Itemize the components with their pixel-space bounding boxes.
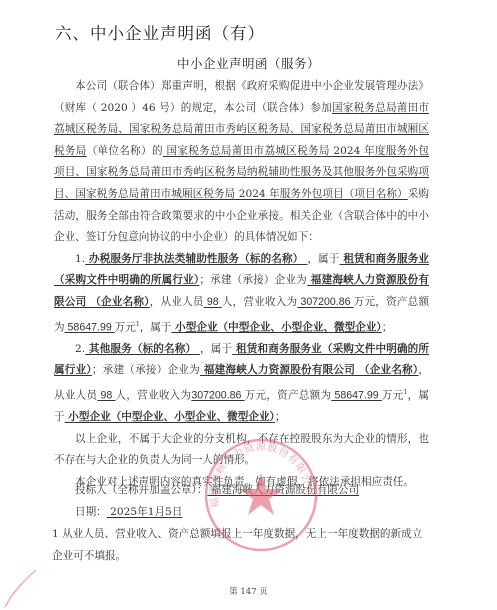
- date-line: 日期： 2025年1月5日: [75, 504, 182, 519]
- enterprise-item-2: 2. 其他服务（标的名称） ，属于 租赁和商务服务业（采购文件中明确的所属行业）…: [54, 339, 429, 429]
- item-index: 2.: [75, 343, 85, 355]
- item-index: 1.: [75, 253, 85, 265]
- label: 万元，资产总额为: [245, 389, 332, 401]
- label: 万元: [382, 389, 404, 401]
- units-label: （单位名称）的: [87, 145, 163, 157]
- intro-paragraph: 本公司（联合体）郑重声明，根据《政府采购促进中小企业发展管理办法》（财库（ 20…: [54, 76, 429, 249]
- item-staff: 98: [97, 389, 115, 401]
- item-staff: 98: [204, 296, 222, 308]
- label: ，属于: [140, 321, 172, 333]
- label: ；承建（承接）企业为: [92, 364, 200, 376]
- date-label: 日期：: [75, 506, 107, 518]
- label: ，属于: [200, 343, 232, 355]
- statement-not-large-enterprise: 以上企业，不属于大企业的分支机构，不存在控股股东为大企业的情形，也不存在与大企业…: [54, 429, 429, 472]
- label: ；: [382, 321, 393, 333]
- signature-label: 投标人（全称并加盖公章）：: [75, 484, 207, 496]
- document-page: 六、中小企业声明函（有） 中小企业声明函（服务） 本公司（联合体）郑重声明，根据…: [0, 0, 497, 610]
- label: 万元: [115, 321, 136, 333]
- label: ；承建（承接）企业为: [199, 274, 307, 286]
- label: 人，营业收入为: [116, 389, 192, 401]
- bidder-signature: 投标人（全称并加盖公章）： 福建海峡人力资源股份有限公司: [75, 482, 359, 497]
- enterprise-item-1: 1. 办税服务厅非执法类辅助性服务（标的名称） ，属于 租赁和商务服务业（采购文…: [54, 249, 429, 339]
- footnote: 1 从业人员、营业收入、资产总额填报上一年度数据，无上一年度数据的新成立企业可不…: [52, 524, 430, 567]
- item-scale: 小型企业（中型企业、小型企业、微型企业）: [171, 321, 381, 333]
- page-number: 第 147 页: [0, 585, 497, 597]
- label: 人，营业收入为: [222, 296, 298, 308]
- document-title: 中小企业声明函（服务）: [0, 54, 497, 72]
- date-value: 2025年1月5日: [107, 506, 183, 518]
- item-revenue: 307200.86: [191, 389, 244, 401]
- item-assets: 58647.99: [331, 389, 382, 401]
- item-subject: 其他服务（标的名称）: [85, 343, 200, 355]
- item-scale: 小型企业（中型企业、小型企业、微型企业）: [65, 411, 275, 423]
- section-title: 六、中小企业声明函（有）: [55, 20, 265, 44]
- label: ；: [275, 411, 286, 423]
- item-subject: 办税服务厅非执法类辅助性服务（标的名称）: [85, 253, 307, 265]
- signature-value: 福建海峡人力资源股份有限公司: [207, 484, 359, 496]
- label: ，从业人员: [150, 296, 204, 308]
- item-revenue: 307200.86: [297, 296, 353, 308]
- item-company: 福建海峡人力资源股份有限公司 （企业名称）: [200, 364, 419, 376]
- item-assets: 58647.99: [65, 321, 115, 333]
- pen-mark-icon: [2, 560, 42, 610]
- declaration-body: 本公司（联合体）郑重声明，根据《政府采购促进中小企业发展管理办法》（财库（ 20…: [54, 76, 429, 493]
- label: ，属于: [307, 253, 339, 265]
